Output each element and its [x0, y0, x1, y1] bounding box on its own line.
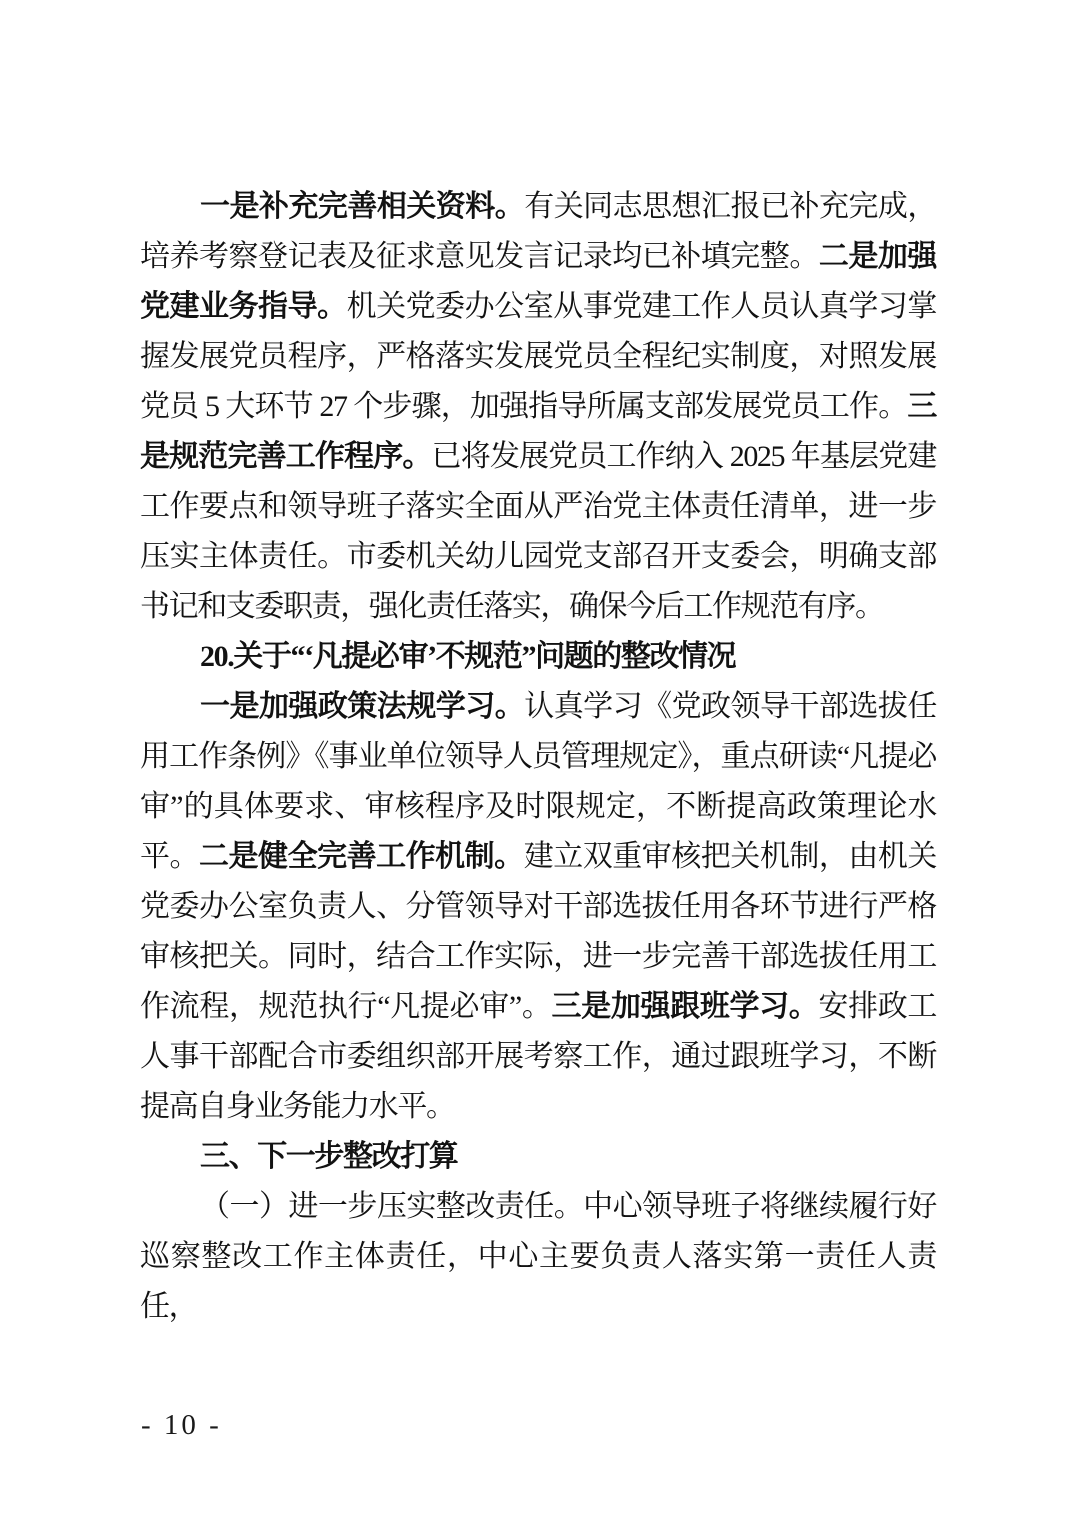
bold-text-run: 三、下一步整改打算 [200, 1140, 457, 1173]
bold-text-run: 三是加强跟班学习。 [552, 990, 819, 1023]
bold-text-run: 一是加强政策法规学习。 [200, 690, 524, 723]
bold-text-run: 二是健全完善工作机制。 [199, 840, 524, 873]
bold-text-run: 20.关于“‘凡提必审’不规范”问题的整改情况 [200, 640, 735, 673]
bold-text-run: 一是补充完善相关资料。 [200, 190, 524, 223]
text-run: （一）进一步压实整改责任。 [200, 1190, 583, 1223]
document-page: 一是补充完善相关资料。有关同志思想汇报已补充完成，培养考察登记表及征求意见发言记… [0, 0, 1074, 1520]
page-content: 一是补充完善相关资料。有关同志思想汇报已补充完成，培养考察登记表及征求意见发言记… [140, 182, 936, 1332]
paragraph: 一是补充完善相关资料。有关同志思想汇报已补充完成，培养考察登记表及征求意见发言记… [140, 182, 936, 632]
page-number: - 10 - [141, 1405, 222, 1445]
section-heading: 20.关于“‘凡提必审’不规范”问题的整改情况 [140, 632, 936, 682]
paragraph: （一）进一步压实整改责任。中心领导班子将继续履行好巡察整改工作主体责任，中心主要… [140, 1182, 936, 1332]
section-heading: 三、下一步整改打算 [140, 1132, 936, 1182]
paragraph: 一是加强政策法规学习。认真学习《党政领导干部选拔任用工作条例》《事业单位领导人员… [140, 682, 936, 1132]
